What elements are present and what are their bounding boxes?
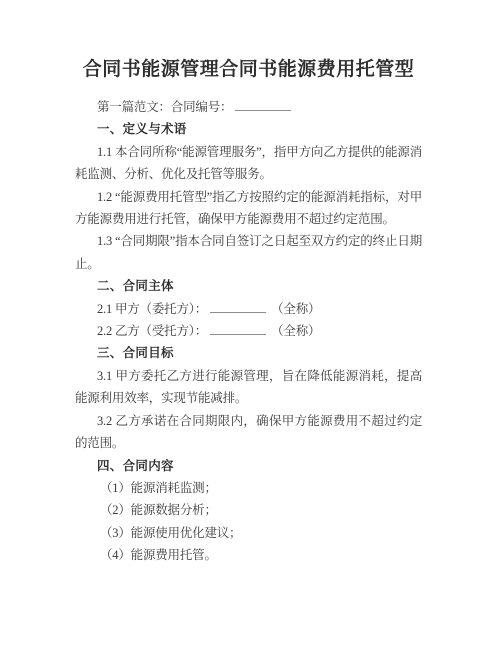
party-a-line: 2.1 甲方（委托方）：（全称） bbox=[75, 298, 422, 320]
section-heading-definitions: 一、定义与术语 bbox=[75, 118, 422, 140]
document-title: 合同书能源管理合同书能源费用托管型 bbox=[75, 57, 422, 83]
content-item-1: （1）能源消耗监测； bbox=[75, 477, 422, 499]
party-a-suffix: （全称） bbox=[271, 302, 320, 316]
clause-1-3: 1.3 “合同期限”指本合同自签订之日起至双方约定的终止日期止。 bbox=[75, 230, 422, 275]
content-item-4: （4）能源费用托管。 bbox=[75, 544, 422, 566]
clause-3-1: 3.1 甲方委托乙方进行能源管理，旨在降低能源消耗，提高能源利用效率，实现节能减… bbox=[75, 365, 422, 410]
document-page: 合同书能源管理合同书能源费用托管型 第一篇范文：合同编号： 一、定义与术语 1.… bbox=[0, 0, 500, 647]
clause-1-1: 1.1 本合同所称“能源管理服务”，指甲方向乙方提供的能源消耗监测、分析、优化及… bbox=[75, 141, 422, 186]
party-b-label: 2.2 乙方（受托方）： bbox=[97, 324, 207, 338]
document-body: 第一篇范文：合同编号： 一、定义与术语 1.1 本合同所称“能源管理服务”，指甲… bbox=[75, 96, 422, 567]
party-a-label: 2.1 甲方（委托方）： bbox=[97, 302, 207, 316]
contract-number-label: 第一篇范文：合同编号： bbox=[97, 100, 232, 114]
contract-number-line: 第一篇范文：合同编号： bbox=[75, 96, 422, 118]
party-b-suffix: （全称） bbox=[271, 324, 320, 338]
contract-number-blank bbox=[235, 98, 291, 111]
section-heading-contents: 四、合同内容 bbox=[75, 455, 422, 477]
party-b-line: 2.2 乙方（受托方）：（全称） bbox=[75, 320, 422, 342]
content-item-3: （3）能源使用优化建议； bbox=[75, 522, 422, 544]
clause-1-2: 1.2 “能源费用托管型”指乙方按照约定的能源消耗指标，对甲方能源费用进行托管，… bbox=[75, 186, 422, 231]
party-a-name-blank bbox=[210, 300, 266, 313]
section-heading-parties: 二、合同主体 bbox=[75, 275, 422, 297]
content-item-2: （2）能源数据分析； bbox=[75, 499, 422, 521]
clause-3-2: 3.2 乙方承诺在合同期限内，确保甲方能源费用不超过约定的范围。 bbox=[75, 410, 422, 455]
section-heading-objectives: 三、合同目标 bbox=[75, 342, 422, 364]
party-b-name-blank bbox=[210, 322, 266, 335]
